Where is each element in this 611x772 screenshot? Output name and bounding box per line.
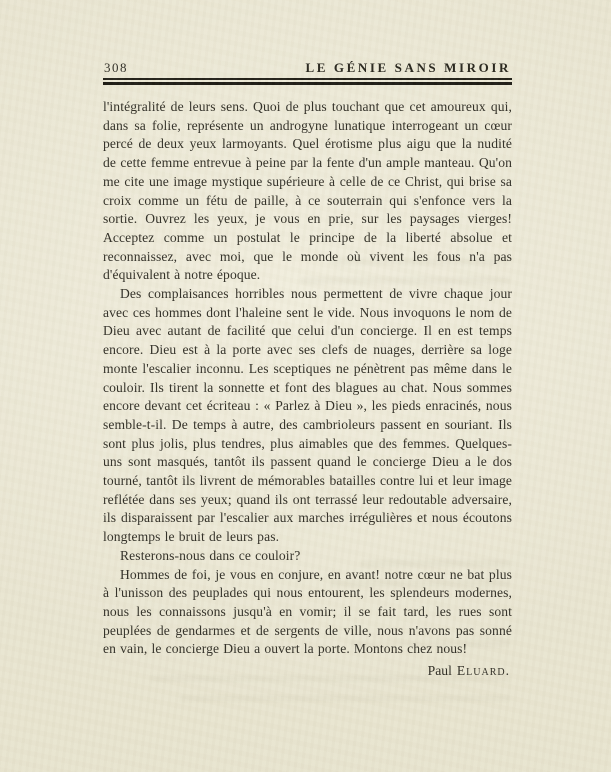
page-number: 308: [104, 60, 128, 76]
page-header: 308 LE GÉNIE SANS MIROIR: [103, 60, 512, 76]
paragraph: l'intégralité de leurs sens. Quoi de plu…: [103, 98, 512, 285]
author-last-name: Eluard.: [457, 663, 510, 678]
paragraph: Hommes de foi, je vous en conjure, en av…: [103, 566, 512, 660]
article-body: l'intégralité de leurs sens. Quoi de plu…: [103, 98, 512, 659]
author-first-name: Paul: [428, 663, 452, 678]
header-divider-rule: [103, 78, 512, 85]
author-signature: PaulEluard.: [103, 663, 512, 679]
show-through-smudge: [180, 695, 510, 702]
paragraph: Resterons-nous dans ce couloir?: [103, 547, 512, 566]
scanned-book-page: 308 LE GÉNIE SANS MIROIR l'intégralité d…: [0, 0, 611, 772]
running-title: LE GÉNIE SANS MIROIR: [305, 60, 511, 76]
paragraph: Des complaisances horribles nous permett…: [103, 285, 512, 547]
text-block: 308 LE GÉNIE SANS MIROIR l'intégralité d…: [103, 60, 512, 679]
